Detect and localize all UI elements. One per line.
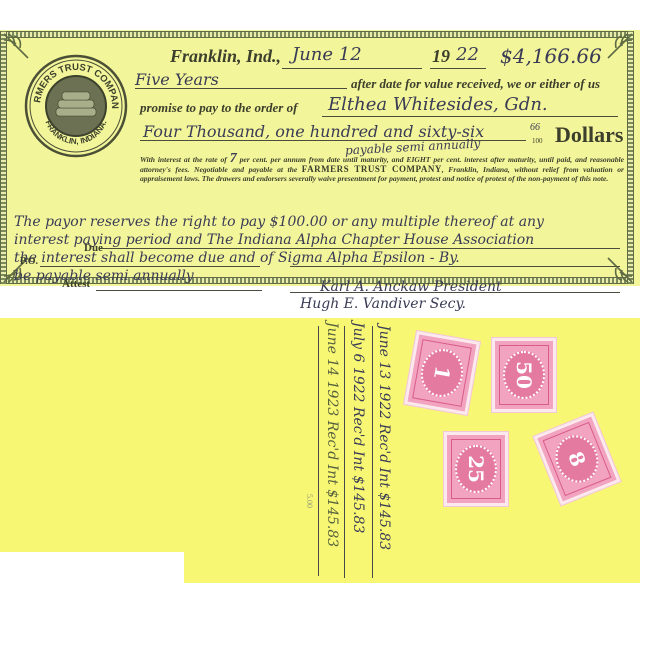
revenue-stamp-3: 25 — [444, 432, 508, 506]
payee-field: Elthea Whitesides, Gdn. — [328, 94, 548, 115]
terms-part1: With interest at the rate of — [140, 155, 227, 164]
cents-numerator: 66 — [530, 122, 540, 133]
handwritten-line-3: the interest shall become due and of Sig… — [14, 250, 460, 266]
note-border-left — [0, 31, 7, 284]
handwritten-line-4: be payable semi annually — [14, 268, 194, 284]
year-field: 22 — [456, 44, 479, 65]
payee-rule — [322, 116, 618, 117]
attest-rule — [96, 290, 262, 291]
stamp-value: 50 — [512, 361, 536, 389]
promissory-note: FARMERS TRUST COMPANY FRANKLIN, INDIANA.… — [0, 30, 640, 286]
signature-rule — [290, 292, 620, 293]
maker-rule — [290, 266, 620, 267]
endorsement-rule — [344, 326, 345, 578]
leaf-ornament-icon — [606, 32, 634, 60]
revenue-stamp-1: 1 — [404, 331, 480, 415]
date-rule — [282, 68, 422, 69]
terms-paragraph: With interest at the rate of 7 per cent.… — [140, 154, 624, 184]
term-rule — [135, 88, 347, 89]
stamp-value: 1 — [429, 364, 455, 382]
due-rule — [100, 248, 620, 249]
city-label: Franklin, Ind., — [170, 46, 281, 67]
revenue-stamp-2: 50 — [492, 338, 556, 412]
endorsement-rule — [372, 326, 373, 578]
endorsement-entry-1: June 13 1922 Rec'd Int $145.83 — [376, 325, 392, 550]
cents-denominator: 100 — [532, 137, 543, 145]
signature-secretary: Hugh E. Vandiver Secy. — [300, 296, 466, 312]
year-prefix: 19 — [432, 46, 450, 67]
after-date-text: after date for value received, we or eit… — [351, 76, 600, 92]
endorsement-rule — [318, 326, 319, 576]
date-field: June 12 — [292, 44, 362, 65]
term-field: Five Years — [135, 70, 219, 89]
amount-field: $4,166.66 — [500, 44, 602, 68]
dollars-label: Dollars — [555, 122, 623, 148]
endorsement-entry-2: July 6 1922 Rec'd Int $145.83 — [350, 322, 366, 533]
note-border-right — [627, 31, 634, 284]
bank-seal-logo: FARMERS TRUST COMPANY FRANKLIN, INDIANA. — [24, 54, 128, 158]
paper-notch — [0, 552, 184, 592]
promise-text: promise to pay to the order of — [140, 100, 297, 116]
handwritten-line-1: The payor reserves the right to pay $100… — [14, 214, 544, 230]
po-label: P.O. — [20, 256, 38, 267]
year-rule — [430, 68, 486, 69]
stamp-value: 8 — [563, 448, 590, 470]
attest-label: Attest — [62, 278, 90, 290]
bank-name: FARMERS TRUST COMPANY — [302, 164, 442, 174]
leaf-ornament-icon — [606, 256, 634, 284]
note-border-top — [0, 31, 634, 38]
endorsement-entry-3: June 14 1923 Rec'd Int $145.83 — [324, 322, 340, 547]
stamp-value: 25 — [464, 455, 488, 483]
pencil-note: 5.00 — [305, 494, 314, 508]
po-rule — [40, 266, 260, 267]
